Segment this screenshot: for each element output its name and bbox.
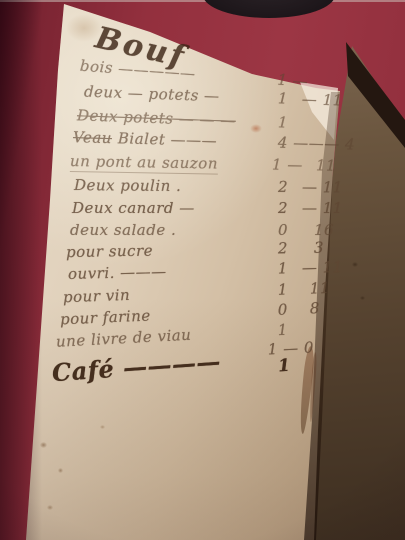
ledger-row-underlined: un pont au sauzon 1 — 11 (0, 151, 368, 177)
ledger-row-label: un pont au sauzon (70, 152, 218, 175)
ledger-row-amount: 4 ——— 4 (278, 133, 356, 153)
ledger-row-label: deux — potets — (84, 82, 220, 105)
ledger-row-amount2: 16 (314, 221, 334, 239)
ledger-row-label: Deux canard — (72, 199, 195, 217)
photo-of-handwritten-ledger: Bouf bois ————— 1 — deux — potets — 1 — … (0, 0, 405, 540)
ledger-row-amount: 1 (277, 321, 288, 340)
ledger-row-amount2: — 11 (302, 258, 343, 277)
ledger-row: Deux poulin . 2 — 11 (0, 175, 368, 196)
ledger-row-amount: 1 (278, 113, 289, 131)
ledger-row: Deux canard — 2 — 11 (0, 199, 368, 217)
ledger-row-amount2: 8 (309, 299, 320, 317)
ledger-row-amount: 2 (278, 239, 288, 257)
ledger-row-amount2: — 11 (302, 199, 343, 217)
ledger-row-label: Bialet ——— (118, 129, 218, 150)
ledger-row-amount: 1 (277, 356, 291, 377)
ledger-row-label: deux salade . (70, 221, 176, 239)
ledger-row-label: pour farine (60, 306, 151, 328)
ledger-row-amount: 2 (278, 178, 288, 196)
ledger-row-amount: 1 (278, 280, 289, 298)
ledger-row-amount2: 3 (314, 239, 324, 257)
ledger-row-label: Deux poulin . (74, 176, 182, 195)
ledger-row-label: pour sucre (66, 242, 153, 262)
ledger-row: deux salade . 0 16 (0, 221, 368, 239)
ledger-row-amount: 1 — (272, 156, 303, 175)
ledger-row-label: Deux potets — — — (77, 106, 236, 130)
ledger-row-amount2: 11 (316, 156, 336, 174)
ledger-row-amount2: — 11 (302, 90, 343, 109)
ledger-row-amount: 1 (278, 259, 289, 277)
ledger-row-amount: 2 (278, 199, 288, 217)
ledger-row-amount: 0 (277, 300, 288, 318)
ledger-row-amount: 1 (278, 89, 289, 107)
ledger-row-amount2: — 11 (302, 178, 343, 196)
ledger-row-amount2: 11 (310, 279, 331, 298)
ledger-row-label: pour vin (63, 286, 131, 306)
handwriting-layer: Bouf bois ————— 1 — deux — potets — 1 — … (0, 0, 405, 540)
ledger-row-label-struck: Veau (73, 128, 112, 147)
ledger-row-amount: 0 (278, 221, 288, 239)
ledger-row-amount: 1 — (277, 71, 309, 91)
ledger-row-label: ouvri. ——— (68, 262, 167, 283)
